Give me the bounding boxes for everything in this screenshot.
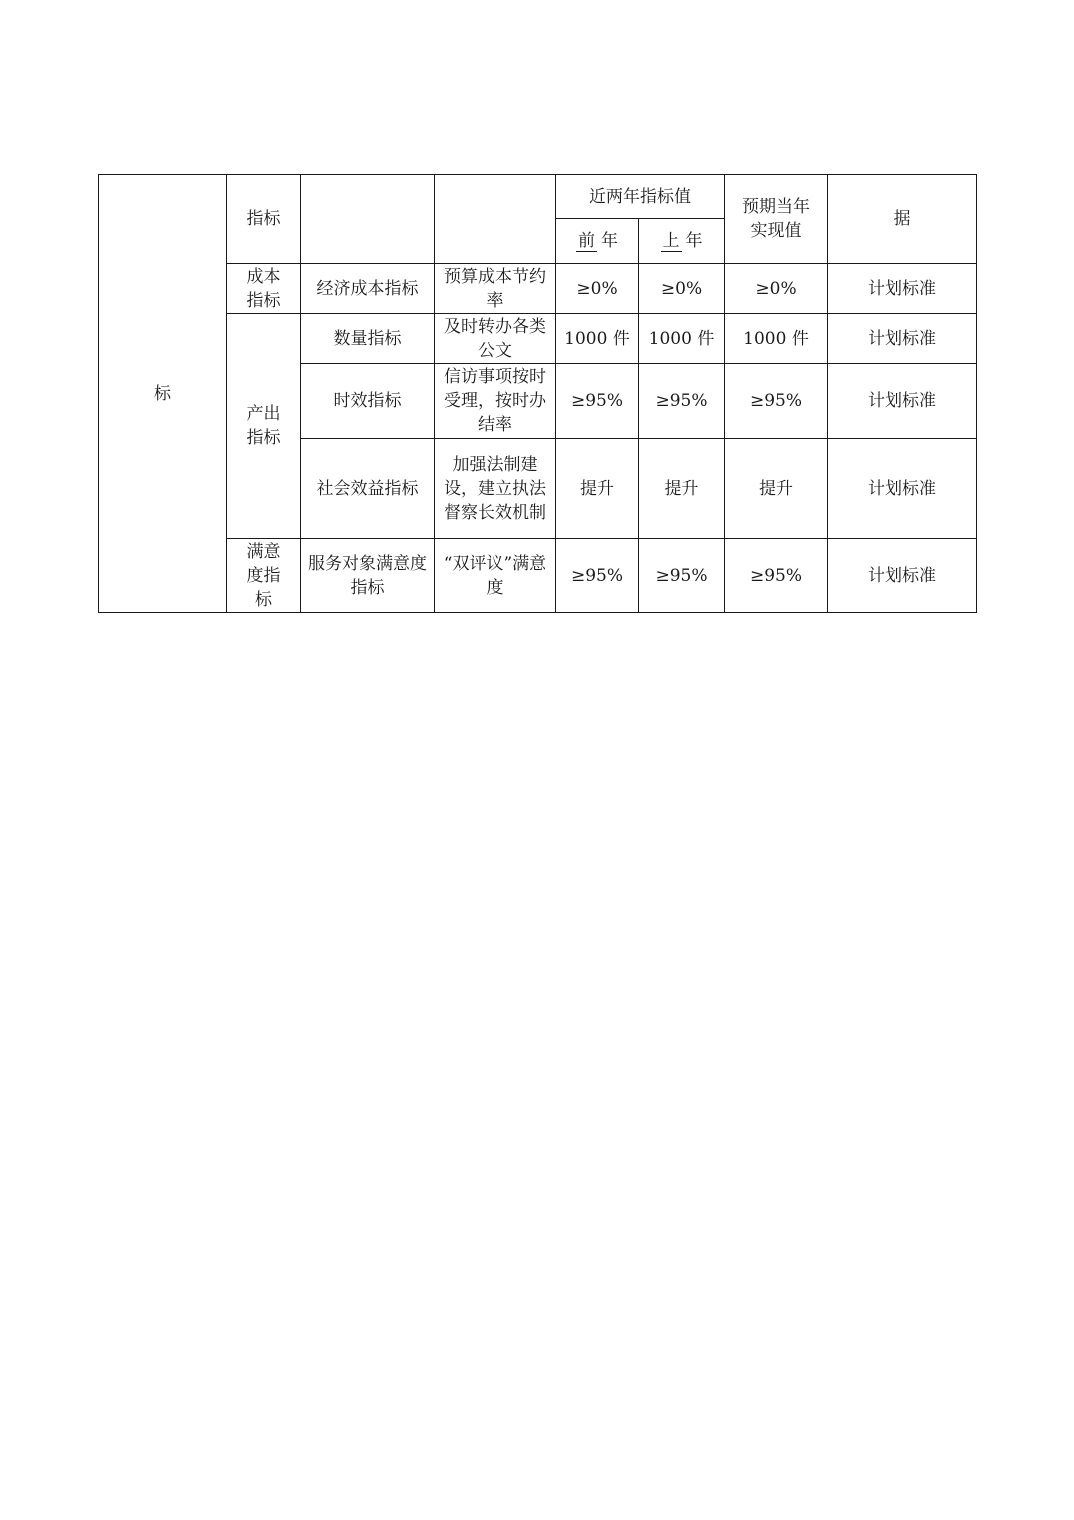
expected-value: ≥0%: [725, 264, 828, 314]
table-row: 满意度指标 服务对象满意度指标 “双评议”满意度 ≥95% ≥95% ≥95% …: [99, 539, 977, 613]
basis-value: 计划标准: [828, 539, 977, 613]
level3: 加强法制建设，建立执法督察长效机制: [435, 439, 556, 539]
prev-value: ≥95%: [556, 539, 639, 613]
header-prev-year: 前年: [556, 219, 639, 264]
prev-value: ≥0%: [556, 264, 639, 314]
header-expected: 预期当年实现值: [725, 175, 828, 264]
basis-value: 计划标准: [828, 439, 977, 539]
level2: 服务对象满意度指标: [301, 539, 435, 613]
expected-value: ≥95%: [725, 364, 828, 439]
level2: 时效指标: [301, 364, 435, 439]
table-row: 产出指标 数量指标 及时转办各类公文 1000 件 1000 件 1000 件 …: [99, 314, 977, 364]
header-basis: 据: [828, 175, 977, 264]
basis-value: 计划标准: [828, 364, 977, 439]
level3: “双评议”满意度: [435, 539, 556, 613]
header-last-year: 上年: [639, 219, 725, 264]
level2: 经济成本指标: [301, 264, 435, 314]
basis-value: 计划标准: [828, 314, 977, 364]
last-value: 1000 件: [639, 314, 725, 364]
last-value: ≥0%: [639, 264, 725, 314]
last-value: ≥95%: [639, 364, 725, 439]
level2: 社会效益指标: [301, 439, 435, 539]
header-col3: [301, 175, 435, 264]
table-row: 成本指标 经济成本指标 预算成本节约率 ≥0% ≥0% ≥0% 计划标准: [99, 264, 977, 314]
level3: 及时转办各类公文: [435, 314, 556, 364]
level1-satisfaction: 满意度指标: [227, 539, 301, 613]
header-col1: 标: [99, 175, 227, 613]
basis-value: 计划标准: [828, 264, 977, 314]
level3: 预算成本节约率: [435, 264, 556, 314]
level3: 信访事项按时受理，按时办结率: [435, 364, 556, 439]
level1-cost: 成本指标: [227, 264, 301, 314]
expected-value: ≥95%: [725, 539, 828, 613]
level1-output: 产出指标: [227, 314, 301, 539]
performance-indicator-table: 标 指标 近两年指标值 预期当年实现值 据 前年 上年 成本指标 经济成本指标 …: [98, 174, 977, 613]
header-indicator: 指标: [227, 175, 301, 264]
last-value: ≥95%: [639, 539, 725, 613]
prev-value: 1000 件: [556, 314, 639, 364]
header-col4: [435, 175, 556, 264]
expected-value: 1000 件: [725, 314, 828, 364]
expected-value: 提升: [725, 439, 828, 539]
prev-value: 提升: [556, 439, 639, 539]
level2: 数量指标: [301, 314, 435, 364]
last-value: 提升: [639, 439, 725, 539]
header-recent-two-years: 近两年指标值: [556, 175, 725, 219]
prev-value: ≥95%: [556, 364, 639, 439]
